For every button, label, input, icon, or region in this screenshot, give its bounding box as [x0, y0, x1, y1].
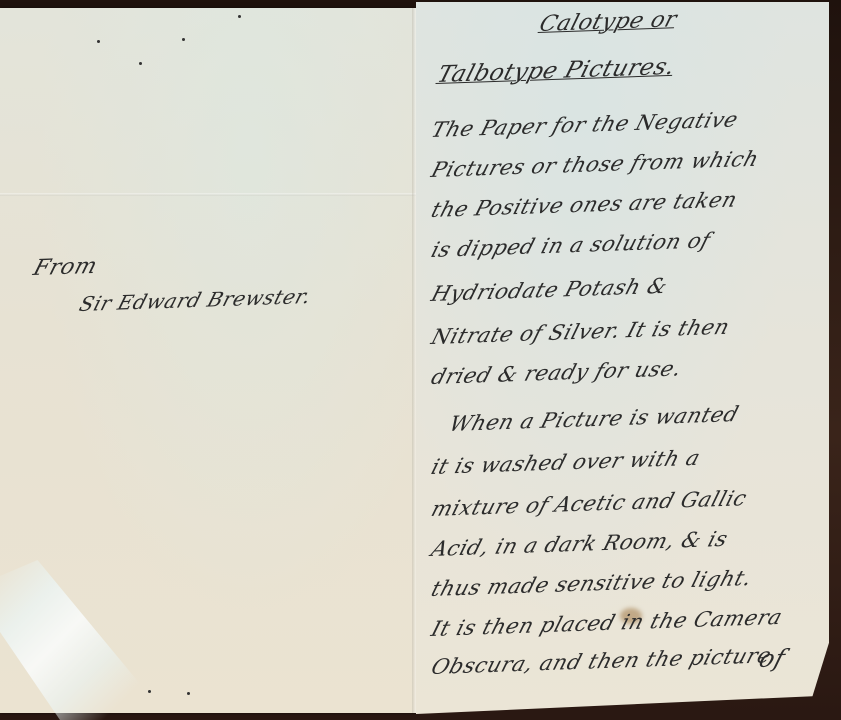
paper-crease [0, 193, 416, 196]
title-calotype: Calotype or [536, 7, 680, 37]
pinhole [148, 690, 151, 693]
pinhole [97, 40, 100, 43]
pinhole [238, 15, 241, 18]
from-label: From [30, 254, 100, 281]
pinhole [187, 692, 190, 695]
document-title-line1: Calotype or [536, 7, 680, 37]
pinhole [182, 38, 185, 41]
pinhole [139, 62, 142, 65]
